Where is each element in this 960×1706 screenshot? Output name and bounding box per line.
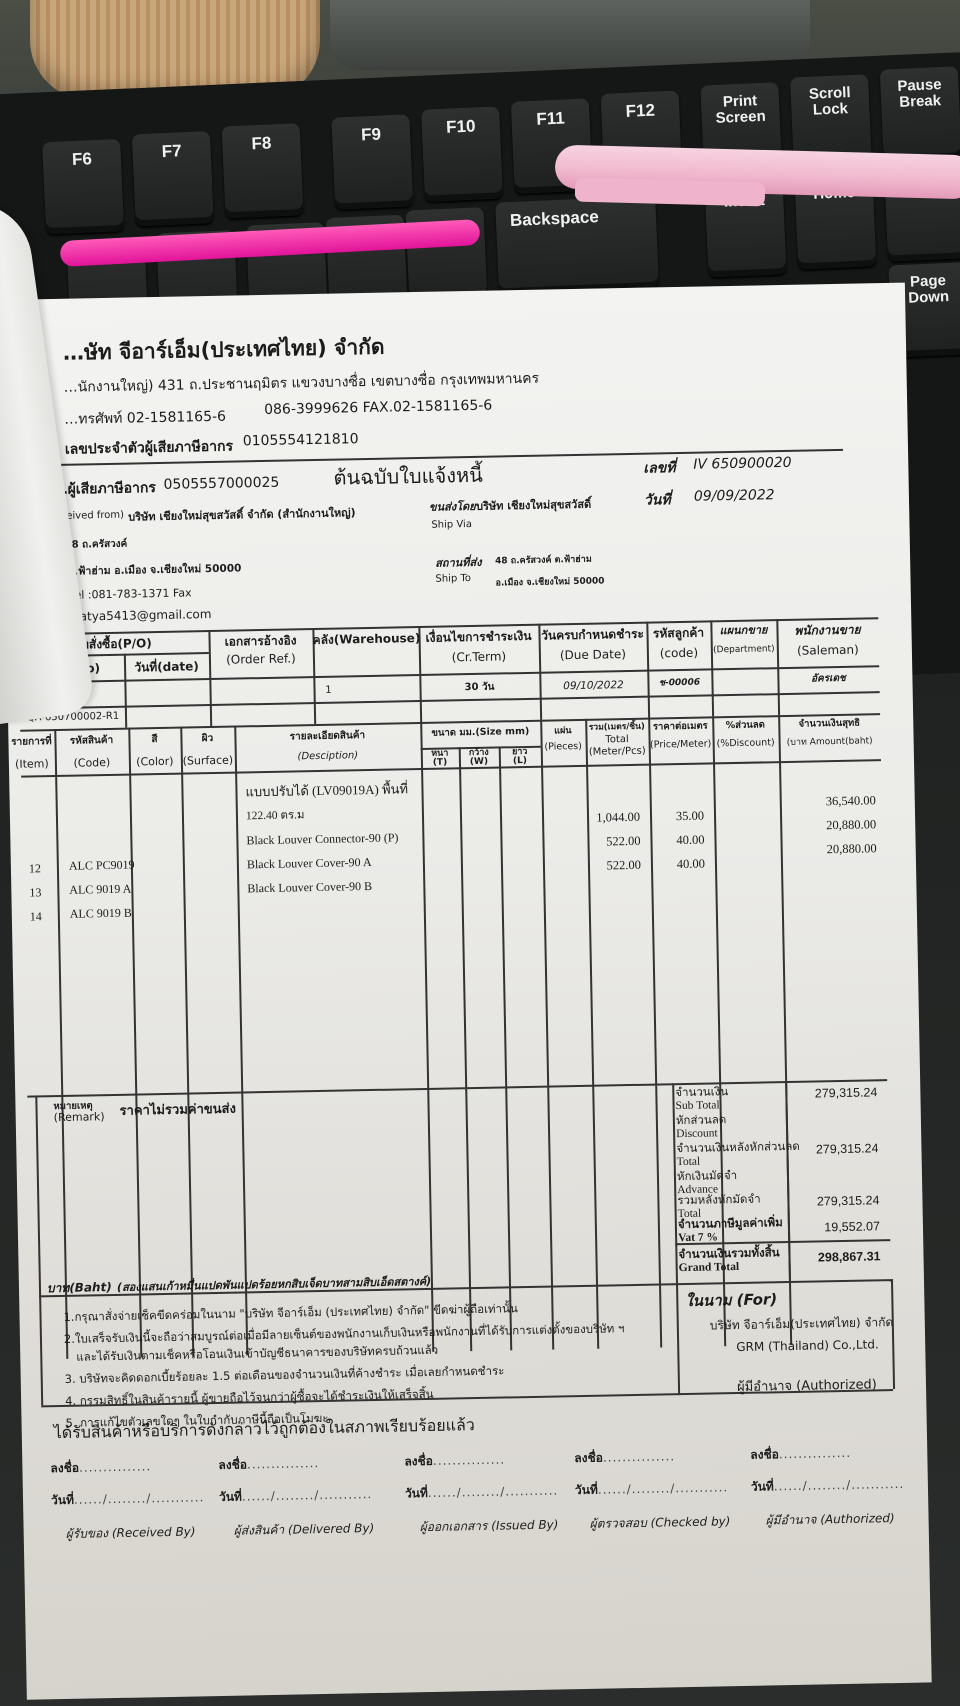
item-code: ALC 9019 A [69, 882, 131, 898]
key-f9: F9 [331, 114, 413, 209]
code-label-en: (code) [647, 644, 711, 661]
sign-line: ลงชื่อ............... [404, 1451, 505, 1472]
hdr-discount-th: %ส่วนลด [712, 719, 778, 733]
hdr-amount-en: (บาท Amount(baht) [779, 735, 881, 749]
department-label-th: แผนกขาย [710, 623, 776, 639]
doc-number-label: เลขที่ [643, 457, 676, 480]
salesman-value: อัครเดช [777, 671, 879, 686]
order-ref-label-en: (Order Ref.) [209, 650, 313, 668]
sign-line: ลงชื่อ............... [50, 1457, 151, 1478]
salesman-label-th: พนักงานขาย [776, 621, 878, 639]
item-price: 35.00 [634, 809, 704, 825]
hdr-amount-th: จำนวนเงินสุทธิ [778, 717, 880, 732]
item-amount: 20,880.00 [790, 817, 876, 834]
subtotal-value: 279,315.24 [767, 1085, 877, 1101]
company-phone: …ทรศัพท์ 02-1581165-6 [64, 406, 226, 431]
vat-label-en: Vat 7 % [678, 1231, 718, 1244]
signature-role: ผู้ตรวจสอบ (Checked by) [589, 1512, 730, 1534]
discount-label-en: Discount [676, 1127, 718, 1140]
hdr-desc-th: รายละเอียดสินค้า [234, 728, 420, 745]
hdr-size: ขนาด มม.(Size mm) [420, 726, 540, 741]
signature-role: ผู้มีอำนาจ (Authorized) [765, 1509, 894, 1530]
item-number: 12 [29, 861, 41, 876]
item-price: 40.00 [634, 833, 704, 849]
hdr-l-en: (L) [513, 756, 527, 766]
summary-left-border [35, 1095, 43, 1405]
note-line: 3. บริษัทจะคิดดอกเบี้ยร้อยละ 1.5 ต่อเดือ… [65, 1363, 505, 1389]
summary-top-line [27, 1079, 887, 1097]
vline [128, 728, 142, 1358]
note-line: 4. กรรมสิทธิ์ในสินค้ารายนี้ ผู้ขายถือไว้… [65, 1386, 434, 1411]
customer-tax-id: 0505557000025 [163, 475, 279, 493]
cr-term-label-th: เงื่อนไขการชำระเงิน [418, 628, 538, 646]
for-company-en: GRM (Thailand) Co.,Ltd. [736, 1337, 879, 1354]
department-label-en: (Department) [711, 643, 777, 656]
customer-email: natya5413@gmail.com [72, 607, 212, 624]
date-line: วันที่....../......../........... [405, 1482, 559, 1504]
hdr-w: กว้าง(W) [459, 749, 499, 768]
cr-term-value: 30 วัน [419, 680, 539, 696]
item-price: 40.00 [635, 857, 705, 873]
signature-role: ผู้ส่งสินค้า (Delivered By) [233, 1519, 374, 1541]
code-label-th: รหัสลูกค้า [646, 624, 710, 641]
advance-value [769, 1169, 879, 1171]
item-description: Black Louver Cover-90 A [247, 855, 372, 872]
key-pause-break: Pause Break [880, 66, 960, 161]
grand-total-label-th: จำนวนเงินรวมทั้งสิ้น [678, 1247, 779, 1261]
hdr-pieces-en: (Pieces) [541, 741, 586, 755]
hdr-pieces-th: แผ่น [540, 725, 585, 738]
notes-right-border [891, 1279, 895, 1389]
due-date-label-en: (Due Date) [539, 646, 647, 664]
date-line: วันที่....../......../........... [219, 1485, 373, 1507]
document-title: ต้นฉบับใบแจ้งหนี้ [333, 459, 483, 494]
discount-label: หักส่วนลดDiscount [676, 1114, 727, 1141]
date-line: วันที่....../......../........... [51, 1488, 205, 1510]
after-discount-value: 279,315.24 [768, 1141, 878, 1157]
after-advance-label-th: รวมหลังหักมัดจำ [677, 1194, 760, 1208]
date-line: วันที่....../......../........... [751, 1475, 905, 1497]
doc-date-label: วันที่ [644, 489, 671, 512]
hdr-price-en: (Price/Meter) [645, 738, 717, 752]
hdr-total-en-1: Total [605, 734, 629, 745]
item-preamble-2: 122.40 ตร.ม [246, 806, 305, 825]
vat-value: 19,552.07 [770, 1219, 880, 1235]
ship-via-value: บริษัท เชียงใหม่สุขสวัสดิ์ [476, 495, 591, 515]
vline [420, 722, 434, 1352]
vline [459, 747, 472, 1351]
grand-total-label: จำนวนเงินรวมทั้งสิ้นGrand Total [678, 1247, 780, 1275]
item-total: 522.00 [571, 858, 641, 874]
customer-tax-label: …ผู้เสียภาษีอากร [53, 477, 156, 501]
hdr-code-th: รหัสสินค้า [54, 734, 128, 749]
hdr-code-en: (Code) [55, 756, 129, 772]
company-tax-label: เลขประจำตัวผู้เสียภาษีอากร [65, 436, 234, 461]
item-amount: 20,880.00 [791, 841, 877, 858]
after-discount-label-en: Total [677, 1156, 701, 1168]
ship-to-label-en: Ship To [435, 573, 471, 585]
pen-clip [575, 178, 766, 207]
invoice-document: …ษัท จีอาร์เอ็ม(ประเทศไทย) จำกัด …นักงาน… [0, 283, 932, 1700]
hdr-discount-en: (%Discount) [709, 737, 783, 751]
customer-tel: Tel :081-783-1371 Fax [70, 586, 192, 601]
for-authorized: ผู้มีอำนาจ (Authorized) [737, 1373, 877, 1397]
item-preamble-1: แบบปรับได้ (LV09019A) พื้นที่ [245, 778, 408, 802]
order-ref-label-th: เอกสารอ้างอิง [208, 632, 312, 650]
order-ref [209, 680, 313, 682]
advance-label-th: หักเงินมัดจำ [677, 1170, 737, 1183]
ship-via-label-th: ขนส่งโดย [429, 497, 476, 516]
hdr-total-th: รวม(เมตร/ชิ้น) [585, 722, 648, 735]
subtotal-label-en: Sub Total [675, 1099, 719, 1112]
ship-to-2: อ.เมือง จ.เชียงใหม่ 50000 [495, 573, 604, 589]
salesman-label-en: (Saleman) [777, 641, 879, 659]
hdr-surface-th: ผิว [180, 732, 234, 747]
ship-to-label-th: สถานที่ส่ง [435, 553, 482, 572]
hdr-w-en: (W) [470, 757, 488, 767]
item-total: 522.00 [570, 834, 640, 850]
key-f8: F8 [222, 123, 304, 218]
item-total: 1,044.00 [570, 810, 640, 826]
company-name: …ษัท จีอาร์เอ็ม(ประเทศไทย) จำกัด [63, 331, 385, 370]
item-amount: 36,540.00 [790, 793, 876, 810]
hdr-item-en: (Item) [9, 757, 55, 773]
vline [499, 746, 512, 1350]
sign-line: ลงชื่อ............... [218, 1454, 319, 1475]
po-date [124, 682, 209, 684]
hdr-desc-en: (Desciption) [235, 748, 421, 765]
warehouse-label: คลัง(Warehouse) [312, 630, 418, 648]
grand-total-value: 298,867.31 [770, 1249, 880, 1265]
key-f7: F7 [132, 131, 214, 226]
ship-to-1: 48 ถ.ครัสวงค์ ต.ฟ้าฮ่าม [495, 552, 592, 568]
item-number: 14 [30, 909, 42, 924]
hdr-surface-en: (Surface) [181, 754, 235, 770]
grand-total-label-en: Grand Total [679, 1261, 740, 1274]
key-f10: F10 [421, 106, 503, 201]
subtotal-label: จำนวนเงินSub Total [675, 1086, 728, 1113]
discount-value [768, 1113, 878, 1115]
hdr-item-th: รายการที่ [8, 735, 54, 749]
hdr-color-th: สี [128, 733, 180, 747]
remark-label-en: (Remark) [54, 1110, 105, 1124]
ship-via-label-en: Ship Via [431, 519, 472, 531]
customer-address-2: ต.ฟ้าฮ่าม อ.เมือง จ.เชียงใหม่ 50000 [67, 559, 242, 579]
sign-line: ลงชื่อ............... [574, 1447, 675, 1468]
plastic-tray [330, 0, 810, 70]
company-tax-id: 0105554121810 [243, 431, 359, 449]
sign-line: ลงชื่อ............... [750, 1444, 851, 1465]
item-code: ALC 9019 B [70, 906, 132, 922]
department-value [711, 675, 777, 676]
hdr-t-en: (T) [433, 758, 448, 768]
doc-date: 09/09/2022 [694, 487, 775, 505]
vline [540, 720, 554, 1350]
for-label: ในนาม (For) [685, 1287, 777, 1313]
after-advance-value: 279,315.24 [769, 1193, 879, 1209]
subtotal-label-th: จำนวนเงิน [675, 1086, 728, 1099]
po-date-label: วันที่(date) [124, 658, 209, 676]
for-company-th: บริษัท จีอาร์เอ็ม(ประเทศไทย) จำกัด [710, 1313, 894, 1336]
warehouse-value: 1 [313, 683, 343, 697]
vline [180, 727, 194, 1357]
key-f6: F6 [42, 139, 124, 234]
signature-role: ผู้รับของ (Received By) [66, 1522, 196, 1543]
hdr-color-en: (Color) [129, 755, 181, 771]
company-address: …นักงานใหญ่) 431 ถ.ประชานฤมิตร แขวงบางซื… [63, 368, 539, 399]
hdr-t: หนา(T) [421, 749, 459, 768]
hdr-price-th: ราคาต่อเมตร [648, 720, 712, 734]
key-backspace: Backspace [495, 196, 659, 295]
amount-in-words: (สองแสนเก้าหมื่นแปดพันแปดร้อยหกสิบเจ็ดบา… [117, 1272, 432, 1296]
baht-label: บาท(Baht) [47, 1278, 112, 1298]
vat-label-th: จำนวนภาษีมูลค่าเพิ่ม [678, 1217, 783, 1231]
remark-text: ราคาไม่รวมค่าขนส่ง [119, 1098, 236, 1121]
due-date-value: 09/10/2022 [539, 678, 647, 694]
due-date-label-th: วันครบกำหนดชำระ [538, 626, 646, 644]
hdr-total-en: Total(Meter/Pcs) [585, 734, 648, 758]
discount-label-th: หักส่วนลด [676, 1114, 727, 1127]
hdr-total-en-2: (Meter/Pcs) [589, 745, 646, 757]
signature-role: ผู้ออกเอกสาร (Issued By) [419, 1516, 558, 1538]
doc-number: IV 650900020 [693, 455, 792, 473]
vat-label: จำนวนภาษีมูลค่าเพิ่มVat 7 % [678, 1217, 783, 1245]
advance-label: หักเงินมัดจำAdvance [677, 1170, 738, 1197]
company-mobile-fax: 086-3999626 FAX.02-1581165-6 [264, 398, 492, 418]
for-box-divider [676, 1283, 680, 1395]
cr-term-label-en: (Cr.Term) [419, 648, 539, 666]
item-description: Black Louver Connector-90 (P) [246, 830, 398, 848]
customer-address-1: 48 ถ.ครัสวงค์ [65, 537, 128, 553]
item-description: Black Louver Cover-90 B [247, 879, 372, 896]
hdr-l: ยาว(L) [499, 748, 541, 767]
customer-name: บริษัท เชียงใหม่สุขสวัสดิ์ จำกัด (สำนักง… [128, 503, 356, 525]
item-code: ALC PC9019 [69, 858, 135, 874]
customer-code-value: ช-00006 [647, 676, 711, 689]
vline [54, 729, 68, 1359]
date-line: วันที่....../......../........... [575, 1478, 729, 1500]
item-number: 13 [29, 885, 41, 900]
